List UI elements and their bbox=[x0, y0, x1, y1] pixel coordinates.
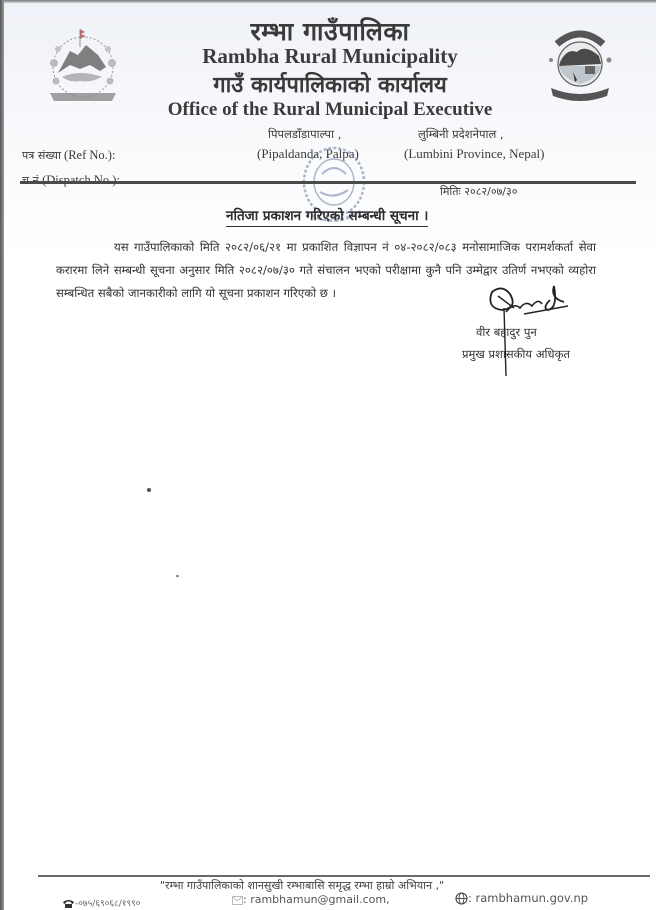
notice-subject: नतिजा प्रकाशन गरिएको सम्बन्धी सूचना । bbox=[226, 206, 428, 227]
footer-website[interactable]: : rambhamun.gov.np bbox=[455, 891, 588, 905]
address-province-np: लुम्बिनी प्रदेशनेपाल , bbox=[418, 127, 504, 142]
footer-phone: -०७५/६९०६८/१९९० bbox=[62, 896, 140, 909]
municipality-name-en: Rambha Rural Municipality bbox=[110, 44, 550, 69]
office-name-np: गाउँ कार्यपालिकाको कार्यालय bbox=[110, 69, 550, 99]
scan-edge-left bbox=[0, 0, 4, 910]
letter-date: मितिः २०८२/०७/३० bbox=[440, 184, 517, 199]
ref-label-en: (Ref No.): bbox=[61, 148, 116, 162]
document-page: रम्भा गाउँपालिका Rambha Rural Municipali… bbox=[0, 0, 656, 910]
scan-speck bbox=[147, 488, 151, 492]
footer-slogan: "रम्भा गाउँपालिकाको शानसुखी रम्भाबासि सम… bbox=[160, 878, 444, 893]
office-name-en: Office of the Rural Municipal Executive bbox=[140, 99, 520, 121]
website-url[interactable]: : rambhamun.gov.np bbox=[468, 891, 588, 905]
email-address[interactable]: : rambhamun@gmail.com, bbox=[243, 893, 390, 906]
phone-number: -०७५/६९०६८/१९९० bbox=[75, 899, 140, 909]
scan-edge-top bbox=[0, 0, 656, 3]
signatory-title: प्रमुख प्रशासकीय अधिकृत bbox=[462, 347, 570, 362]
dispatch-label-en: (Dispatch No.): bbox=[42, 173, 120, 187]
header-divider bbox=[20, 181, 636, 184]
footer-divider bbox=[38, 875, 650, 877]
globe-icon bbox=[455, 892, 468, 905]
reference-number-field: पत्र संख्या (Ref No.): bbox=[22, 148, 115, 163]
signatory-name: वीर बहादुर पुन bbox=[476, 325, 537, 340]
email-icon bbox=[232, 896, 243, 905]
municipality-name-np: रम्भा गाउँपालिका bbox=[110, 14, 550, 48]
phone-icon bbox=[62, 899, 75, 908]
municipality-logo-icon bbox=[545, 22, 615, 104]
scan-speck bbox=[176, 575, 179, 577]
footer-email[interactable]: : rambhamun@gmail.com, bbox=[232, 893, 390, 906]
address-province-en: (Lumbini Province, Nepal) bbox=[404, 146, 544, 162]
ref-label-np: पत्र संख्या bbox=[22, 149, 61, 162]
